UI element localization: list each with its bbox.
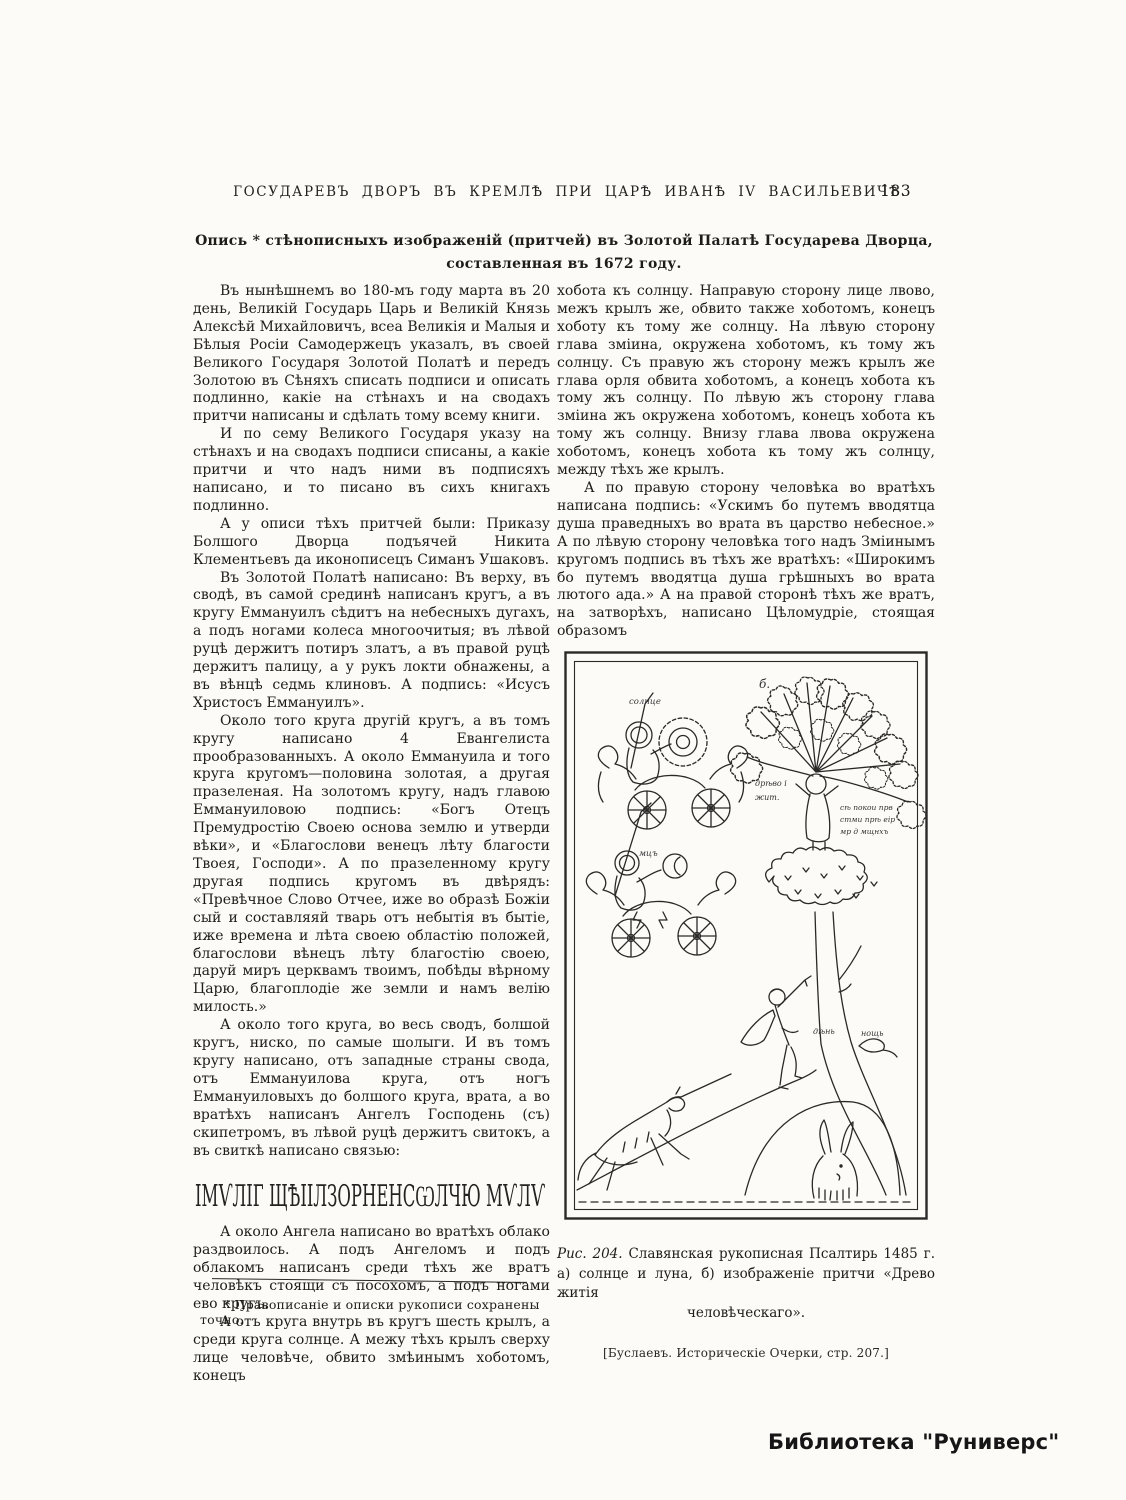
left-column: Въ нынѣшнемъ во 180-мъ году марта въ 20 … xyxy=(193,283,550,1386)
tree-note-line1: сѣ покои прв xyxy=(840,803,893,812)
vyaz-inscription: ІМѴЛІГ ЩѢІІЛЗОРНЕНСѠЛЧЮ МѴЛѴ xyxy=(193,1170,550,1216)
moon-chariot-drawing xyxy=(586,803,735,957)
day-label: дѣнь xyxy=(813,1027,835,1036)
moon-label: мцъ xyxy=(639,849,658,859)
footnote: * Правописаніе и описки рукописи сохране… xyxy=(200,1280,545,1327)
page-number: 183 xyxy=(880,182,911,200)
scanned-book-page: { "page": { "header_title": "ГОСУДАРЕВЪ … xyxy=(0,0,1126,1500)
wheel-left xyxy=(612,919,650,957)
tree-label-line1: дрѣво і xyxy=(755,779,787,788)
document-title-line2: составленная въ 1672 году. xyxy=(193,253,935,276)
document-title-line1: Опись * стѣнописныхъ изображеній (притче… xyxy=(193,230,935,253)
paragraph: Въ нынѣшнемъ во 180-мъ году марта въ 20 … xyxy=(193,283,550,426)
wheel-right xyxy=(692,789,730,827)
wheel-left xyxy=(628,791,666,829)
figure-204-illustration: б. солнце мцъ дрѣво і жит. сѣ покои прв … xyxy=(563,650,929,1222)
wheel-right xyxy=(678,917,716,955)
running-head: ГОСУДАРЕВЪ ДВОРЪ ВЪ КРЕМЛѢ ПРИ ЦАРѢ ИВАН… xyxy=(220,184,920,200)
figure-caption-text: Славянская рукописная Псалтирь 1485 г. xyxy=(628,1246,935,1262)
hill-slope-line xyxy=(577,1070,816,1190)
hare-drawing xyxy=(812,1120,857,1200)
paragraph: И по сему Великого Государя указу на стѣ… xyxy=(193,426,550,516)
figure-caption-line3: человѣческаго». xyxy=(557,1304,935,1324)
figure-number: Рис. 204. xyxy=(557,1246,623,1262)
paragraph: Въ Золотой Полатѣ написано: Въ верху, въ… xyxy=(193,570,550,713)
vyaz-text: ІМѴЛІГ ЩѢІІЛЗОРНЕНСѠЛЧЮ МѴЛѴ xyxy=(195,1179,545,1214)
figure-part-letter: б. xyxy=(759,677,770,691)
sun-chariot-drawing xyxy=(598,693,747,829)
paragraph: А около того круга, во весь сводъ, болшо… xyxy=(193,1017,550,1160)
sun-label: солнце xyxy=(629,697,661,707)
vyaz-inscription-art: ІМѴЛІГ ЩѢІІЛЗОРНЕНСѠЛЧЮ МѴЛѴ xyxy=(193,1170,550,1216)
document-title: Опись * стѣнописныхъ изображеній (притче… xyxy=(193,230,935,276)
tree-note-line3: мр д мщнхъ xyxy=(840,827,888,836)
tree-label-line2: жит. xyxy=(755,793,779,802)
tree-note-line2: стми прѣ еір xyxy=(840,815,895,824)
figure-source-note: [Буслаевъ. Историческіе Очерки, стр. 207… xyxy=(557,1345,935,1363)
figure-caption: Рис. 204. Славянская рукописная Псалтирь… xyxy=(557,1245,935,1323)
figure-caption-line2: а) солнце и луна, б) изображеніе притчи … xyxy=(557,1265,935,1304)
library-watermark: Библиотека "Руниверс" xyxy=(768,1430,1059,1454)
paragraph: А по правую сторону человѣка во вратѣхъ … xyxy=(557,480,935,641)
figure-caption-line1: Рис. 204. Славянская рукописная Псалтирь… xyxy=(557,1245,935,1265)
footnote-text: * Правописаніе и описки рукописи сохране… xyxy=(200,1297,545,1327)
paragraph: хобота къ солнцу. Направую сторону лице … xyxy=(557,283,935,480)
figure-204: б. солнце мцъ дрѣво і жит. сѣ покои прв … xyxy=(563,650,929,1228)
tree-of-life-drawing xyxy=(731,677,926,1195)
right-column: хобота къ солнцу. Направую сторону лице … xyxy=(557,283,935,1363)
figure-outer-frame xyxy=(566,653,927,1219)
paragraph: Около того круга другій кругъ, а въ томъ… xyxy=(193,713,550,1017)
night-label: нощь xyxy=(861,1029,883,1038)
climbing-man-drawing xyxy=(741,976,811,1089)
unicorn-drawing xyxy=(578,1074,731,1190)
paragraph: А у описи тѣхъ притчей были: Приказу Бол… xyxy=(193,516,550,570)
